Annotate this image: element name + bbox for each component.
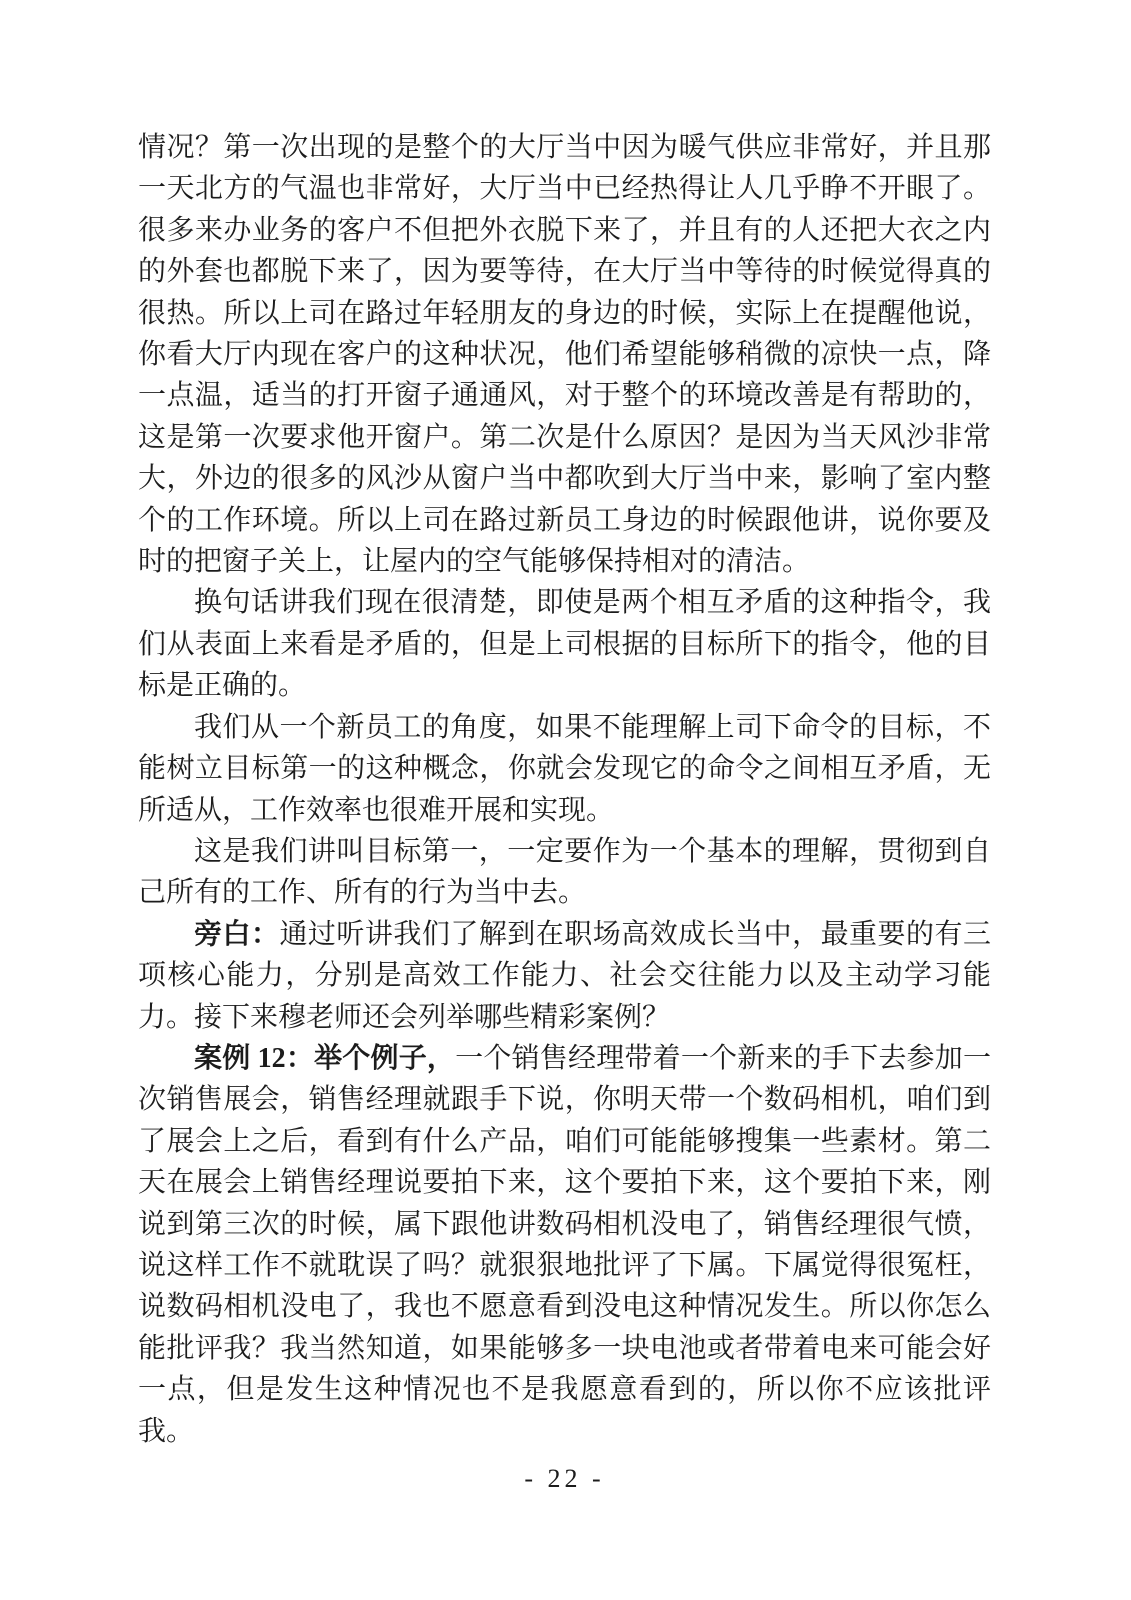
paragraph: 这是我们讲叫目标第一，一定要作为一个基本的理解，贯彻到自己所有的工作、所有的行为… (138, 831, 991, 914)
text-run: 换句话讲我们现在很清楚，即使是两个相互矛盾的这种指令，我们从表面上来看是矛盾的，… (138, 587, 991, 701)
document-body: 情况？第一次出现的是整个的大厅当中因为暖气供应非常好，并且那一天北方的气温也非常… (138, 127, 991, 1452)
text-run: 这是我们讲叫目标第一，一定要作为一个基本的理解，贯彻到自己所有的工作、所有的行为… (138, 836, 991, 908)
paragraph: 案例 12：举个例子，一个销售经理带着一个新来的手下去参加一次销售展会，销售经理… (138, 1038, 991, 1452)
text-run: 一个销售经理带着一个新来的手下去参加一次销售展会，销售经理就跟手下说，你明天带一… (138, 1043, 991, 1447)
page-number: - 22 - (524, 1464, 604, 1493)
document-page: 情况？第一次出现的是整个的大厅当中因为暖气供应非常好，并且那一天北方的气温也非常… (0, 0, 1131, 1600)
text-run: 情况？第一次出现的是整个的大厅当中因为暖气供应非常好，并且那一天北方的气温也非常… (138, 132, 991, 577)
paragraph: 旁白：通过听讲我们了解到在职场高效成长当中，最重要的有三项核心能力，分别是高效工… (138, 914, 991, 1038)
text-run: 我们从一个新员工的角度，如果不能理解上司下命令的目标，不能树立目标第一的这种概念… (138, 712, 991, 826)
paragraph: 我们从一个新员工的角度，如果不能理解上司下命令的目标，不能树立目标第一的这种概念… (138, 707, 991, 831)
emphasis-run: 案例 12：举个例子， (194, 1043, 455, 1074)
paragraph: 情况？第一次出现的是整个的大厅当中因为暖气供应非常好，并且那一天北方的气温也非常… (138, 127, 991, 582)
paragraph: 换句话讲我们现在很清楚，即使是两个相互矛盾的这种指令，我们从表面上来看是矛盾的，… (138, 582, 991, 706)
page-footer: - 22 - (138, 1464, 991, 1494)
emphasis-run: 旁白： (194, 919, 279, 950)
